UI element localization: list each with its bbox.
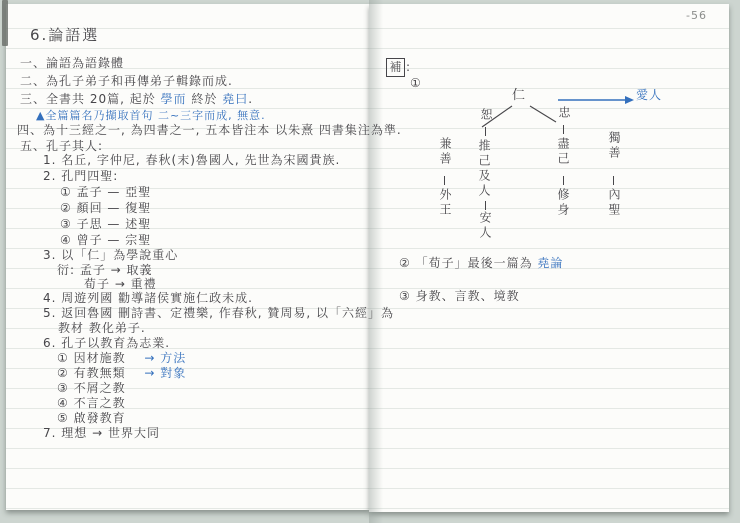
col-shu-mid: 推己及人	[476, 139, 493, 199]
blue-annotation-line: ▲全篇篇名乃擷取首句 二~三字而成, 無意.	[36, 108, 266, 123]
page-number: -56	[686, 8, 707, 23]
book-name-yao-yue: 堯曰	[222, 92, 248, 106]
edu-item-2: ② 有教無類 → 對象	[57, 366, 186, 381]
outline-line-1: 一、論語為語錄體	[20, 56, 124, 71]
edu-item-5: ⑤ 啟發教育	[57, 411, 126, 426]
connector-dash	[485, 201, 486, 210]
sage-item-4: ④ 曾子 — 宗聖	[60, 233, 151, 248]
kongzi-item-2: 2. 孔門四聖:	[43, 169, 118, 184]
sage-item-3: ③ 子思 — 述聖	[60, 217, 151, 232]
kongzi-item-3: 3. 以「仁」為學說重心	[43, 248, 178, 263]
connector-dash	[444, 176, 445, 185]
line-3-mid: 終於	[187, 92, 223, 106]
edu-item-1-note: → 方法	[144, 351, 186, 365]
connector-dash	[485, 127, 486, 136]
col-zhong-mid: 盡己	[555, 137, 572, 167]
col-zhong-head: 忠	[556, 106, 573, 121]
outline-line-3: 三、全書共 20篇, 起於 學而 終於 堯曰.	[20, 92, 253, 107]
page-gutter-shadow	[369, 0, 383, 523]
edu-item-3: ③ 不屑之教	[57, 381, 126, 396]
edu-item-2-note: → 對象	[144, 366, 186, 380]
col-shu-tail: 安人	[477, 211, 494, 241]
col-outer-right-head: 獨善	[606, 131, 623, 161]
right-item-2-text: ② 「荀子」最後一篇為	[399, 256, 537, 270]
col-outer-left-tail: 外王	[437, 188, 454, 218]
right-item-2-blue: 堯論	[537, 256, 563, 270]
kongzi-item-3a: 衍: 孟子 → 取義	[57, 263, 153, 278]
supplement-colon: :	[406, 60, 411, 75]
kongzi-item-5: 5. 返回魯國 刪詩書、定禮樂, 作春秋, 贊周易, 以「六經」為	[43, 306, 394, 321]
right-item-3: ③ 身教、言教、境教	[399, 289, 520, 304]
col-shu-head: 恕	[478, 108, 495, 123]
line-3-text: 三、全書共 20篇, 起於	[20, 92, 161, 106]
outline-line-5: 五、孔子其人:	[20, 139, 103, 154]
kongzi-item-6: 6. 孔子以教育為志業.	[43, 336, 170, 351]
edu-item-4: ④ 不言之教	[57, 396, 126, 411]
right-item-2: ② 「荀子」最後一篇為 堯論	[399, 256, 563, 271]
col-outer-right-tail: 內聖	[606, 188, 623, 218]
outline-line-4: 四、為十三經之一, 為四書之一, 五本皆注本 以朱熹 四書集注為準.	[17, 123, 402, 138]
kongzi-item-3b: 荀子 → 重禮	[84, 277, 157, 292]
notebook-scan: -56 6.論語選 一、論語為語錄體 二、為孔子弟子和再傳弟子輯錄而成. 三、全…	[0, 0, 740, 523]
edu-item-1: ① 因材施教 → 方法	[57, 351, 186, 366]
arrow-head	[625, 96, 634, 104]
diagram-item-number: ①	[410, 76, 422, 91]
col-outer-left-head: 兼善	[437, 137, 454, 167]
outline-line-2: 二、為孔子弟子和再傳弟子輯錄而成.	[20, 74, 233, 89]
book-name-xue-er: 學而	[161, 92, 187, 106]
scan-edge-artifact	[2, 0, 8, 46]
kongzi-item-4: 4. 周遊列國 勸導諸侯實施仁政未成.	[43, 291, 253, 306]
branch-line-right	[530, 106, 556, 122]
line-3-end: .	[248, 92, 253, 106]
kongzi-item-5b: 教材 教化弟子.	[58, 321, 146, 336]
connector-dash	[563, 176, 564, 185]
sage-item-2: ② 顏回 — 復聖	[60, 201, 151, 216]
edu-item-2-text: ② 有教無類	[57, 366, 126, 380]
section-title: 6.論語選	[30, 28, 99, 43]
col-zhong-tail: 修身	[555, 188, 572, 218]
kongzi-item-1: 1. 名丘, 字仲尼, 春秋(末)魯國人, 先世為宋國貴族.	[43, 153, 340, 168]
kongzi-item-7: 7. 理想 → 世界大同	[43, 426, 160, 441]
connector-dash	[613, 176, 614, 185]
connector-dash	[563, 125, 564, 134]
supplement-box: 補	[386, 58, 405, 77]
sage-item-1: ① 孟子 — 亞聖	[60, 185, 151, 200]
edu-item-1-text: ① 因材施教	[57, 351, 126, 365]
